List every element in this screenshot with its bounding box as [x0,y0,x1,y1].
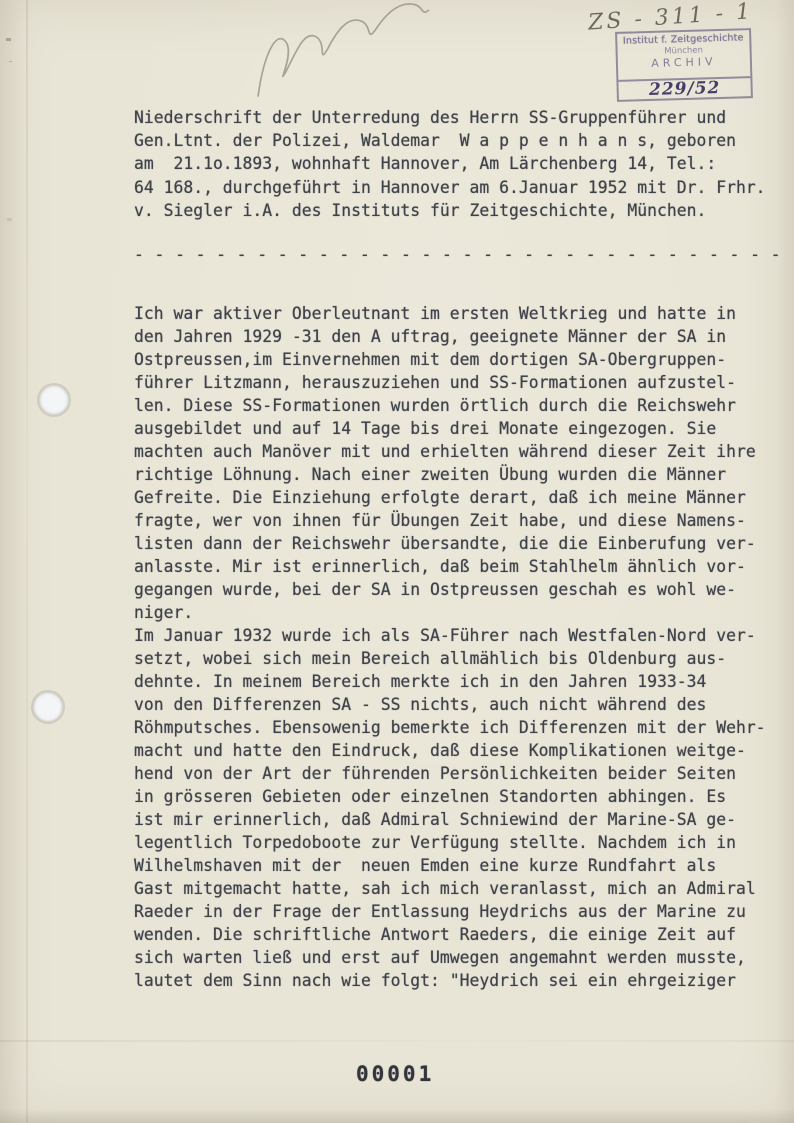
typed-line: ist mir erinnerlich, daß Admiral Schniew… [134,808,766,831]
typed-line: von den Differenzen SA - SS nichts, auch… [134,693,766,716]
stamp-archiv-line: ARCHIV [618,54,750,71]
typed-line: lautet dem Sinn nach wie folgt: "Heydric… [134,969,766,992]
typed-line: in grösseren Gebieten oder einzelnen Sta… [134,785,766,808]
typed-line: Gefreite. Die Einziehung erfolgte derart… [134,486,766,509]
typed-line: den Jahren 1929 -31 den A uftrag, geeign… [134,325,766,348]
dashed-separator: - - - - - - - - - - - - - - - - - - - - … [134,243,781,266]
typed-line: Im Januar 1932 wurde ich als SA-Führer n… [134,624,766,647]
paper-crease [0,1040,794,1042]
typed-line: Röhmputsches. Ebensowenig bemerkte ich D… [134,716,766,739]
archive-stamp: Institut f. Zeitgeschichte München ARCHI… [615,28,753,102]
typed-line: 64 168., durchgeführt in Hannover am 6.J… [134,176,766,199]
typed-line: fragte, wer von ihnen für Übungen Zeit h… [134,509,766,532]
typed-line: machten auch Manöver mit und erhielten w… [134,440,766,463]
paper-fold-line [26,0,28,1123]
typed-line: Gast mitgemacht hatte, sah ich mich vera… [134,877,766,900]
typed-line: listen dann der Reichswehr übersandte, d… [134,532,766,555]
typed-line: gegangen wurde, bei der SA in Ostpreusse… [134,578,766,601]
document-header-paragraph: Niederschrift der Unterredung des Herrn … [134,106,766,222]
typed-line: dehnte. In meinem Bereich merkte ich in … [134,670,766,693]
typed-line: am 21.1o.1893, wohnhaft Hannover, Am Lär… [134,152,766,175]
typed-line: Gen.Ltnt. der Polizei, Waldemar W a p p … [134,129,766,152]
typed-line: wenden. Die schriftliche Antwort Raeders… [134,923,766,946]
typed-line: legentlich Torpedoboote zur Verfügung st… [134,831,766,854]
page-number-stamp: 00001 [356,1062,434,1086]
typed-line: v. Siegler i.A. des Instituts für Zeitge… [134,199,766,222]
handwritten-signature-icon [230,0,457,116]
typed-line: len. Diese SS-Formationen wurden örtlich… [134,394,766,417]
stamp-number-handwritten: 229/52 [618,76,751,100]
typed-line: Ich war aktiver Oberleutnant im ersten W… [134,302,766,325]
scanned-document-page: ZS - 311 - 1 Institut f. Zeitgeschichte … [0,0,794,1123]
typed-line: richtige Löhnung. Nach einer zweiten Übu… [134,463,766,486]
typed-line: führer Litzmann, herauszuziehen und SS-F… [134,371,766,394]
hole-punch-top [39,385,69,415]
typed-line: sich warten ließ und erst auf Umwegen an… [134,946,766,969]
typed-line: anlasste. Mir ist erinnerlich, daß beim … [134,555,766,578]
typed-line: niger. [134,601,766,624]
paper-blemish [6,38,11,41]
typed-line: ausgebildet und auf 14 Tage bis drei Mon… [134,417,766,440]
typed-line: Ostpreussen,im Einvernehmen mit dem dort… [134,348,766,371]
hole-punch-bottom [33,692,63,722]
typed-line: macht und hatte den Eindruck, daß diese … [134,739,766,762]
typed-line: Wilhelmshaven mit der neuen Emden eine k… [134,854,766,877]
typed-line: Niederschrift der Unterredung des Herrn … [134,106,766,129]
document-body-paragraphs: Ich war aktiver Oberleutnant im ersten W… [134,302,766,992]
typed-line: setzt, wobei sich mein Bereich allmählic… [134,647,766,670]
typed-line: Raeder in der Frage der Entlassung Heydr… [134,900,766,923]
typed-line: hend von der Art der führenden Persönlic… [134,762,766,785]
